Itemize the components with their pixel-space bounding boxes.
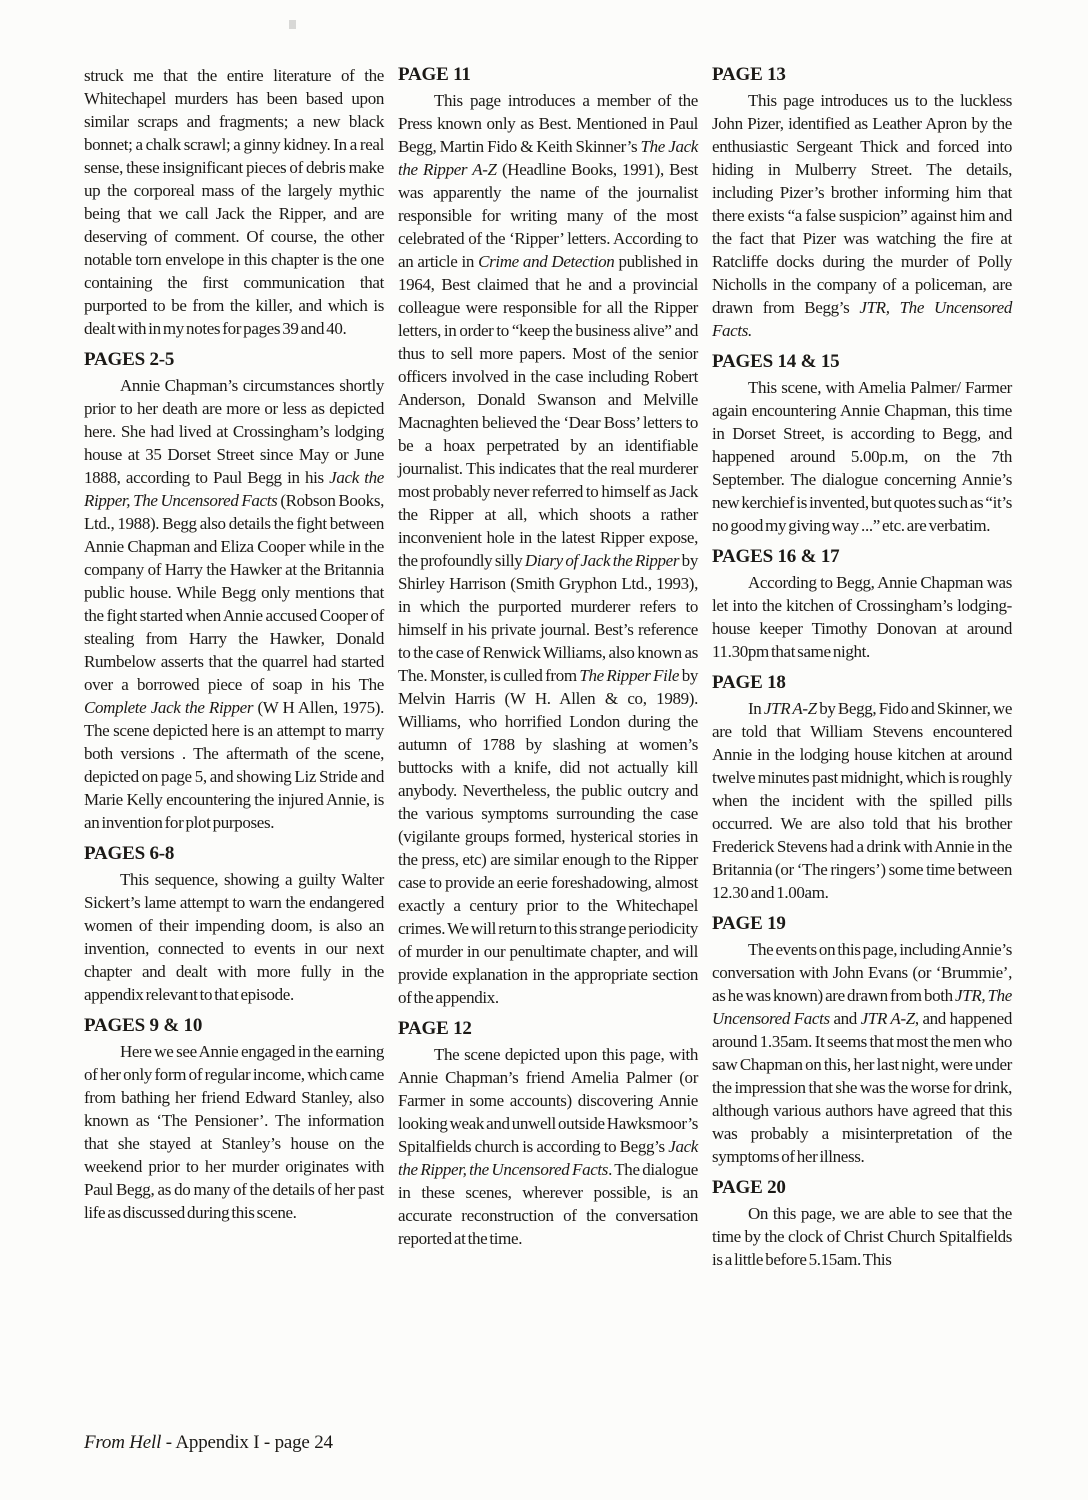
- text-run: This sequence, showing a guilty Walter S…: [84, 870, 384, 1004]
- text-run: published in 1964, Best claimed that he …: [398, 252, 698, 570]
- text-run: According to Begg, Annie Chapman was let…: [712, 573, 1012, 661]
- text-run: struck me that the entire literature of …: [84, 66, 384, 338]
- text-run: by Shirley Harrison (Smith Gryphon Ltd.,…: [398, 551, 698, 685]
- text-run: This page introduces us to the luckless …: [712, 91, 1012, 317]
- body-paragraph: According to Begg, Annie Chapman was let…: [712, 571, 1012, 663]
- text-run: (Robson Books, Ltd., 1988). Begg also de…: [84, 491, 384, 694]
- text-run: In: [748, 699, 764, 718]
- italic-book-title: Crime and Detection: [478, 252, 614, 271]
- column-1: struck me that the entire literature of …: [84, 64, 384, 1271]
- page-footer: From Hell - Appendix I - page 24: [84, 1432, 333, 1454]
- text-run: The scene depicted upon this page, with …: [398, 1045, 698, 1156]
- text-run: , and happened around 1.35am. It seems t…: [712, 1009, 1012, 1166]
- body-paragraph: Annie Chapman’s circumstances shortly pr…: [84, 374, 384, 834]
- body-paragraph: On this page, we are able to see that th…: [712, 1202, 1012, 1271]
- body-paragraph: This page introduces us to the luckless …: [712, 89, 1012, 342]
- text-run: (W H Allen, 1975). The scene depicted he…: [84, 698, 384, 832]
- text-run: Here we see Annie engaged in the earning…: [84, 1042, 384, 1222]
- italic-book-title: JTR A-Z: [764, 699, 817, 718]
- italic-book-title: Complete Jack the Ripper: [84, 698, 253, 717]
- section-heading: PAGES 16 & 17: [712, 546, 1012, 568]
- body-paragraph: This sequence, showing a guilty Walter S…: [84, 868, 384, 1006]
- text-run: by Melvin Harris (W H. Allen & co, 1989)…: [398, 666, 698, 1007]
- footer-book-title: From Hell: [84, 1432, 161, 1453]
- section-heading: PAGE 18: [712, 672, 1012, 694]
- body-paragraph: The events on this page, including Annie…: [712, 938, 1012, 1168]
- column-3: PAGE 13This page introduces us to the lu…: [712, 64, 1012, 1271]
- text-run: by Begg, Fido and Skinner, we are told t…: [712, 699, 1012, 902]
- body-paragraph: struck me that the entire literature of …: [84, 64, 384, 340]
- body-paragraph: The scene depicted upon this page, with …: [398, 1043, 698, 1250]
- column-2: PAGE 11This page introduces a member of …: [398, 64, 698, 1271]
- body-paragraph: In JTR A-Z by Begg, Fido and Skinner, we…: [712, 697, 1012, 904]
- text-columns: struck me that the entire literature of …: [84, 64, 1012, 1271]
- body-paragraph: Here we see Annie engaged in the earning…: [84, 1040, 384, 1224]
- section-heading: PAGES 14 & 15: [712, 351, 1012, 373]
- italic-book-title: Diary of Jack the Ripper: [525, 551, 679, 570]
- footer-page-label: - Appendix I - page 24: [161, 1432, 333, 1453]
- section-heading: PAGE 13: [712, 64, 1012, 86]
- italic-book-title: JTR A-Z: [861, 1009, 915, 1028]
- section-heading: PAGES 6-8: [84, 843, 384, 865]
- body-paragraph: This scene, with Amelia Palmer/ Farmer a…: [712, 376, 1012, 537]
- text-run: On this page, we are able to see that th…: [712, 1204, 1012, 1269]
- text-run: This scene, with Amelia Palmer/ Farmer a…: [712, 378, 1012, 535]
- section-heading: PAGE 20: [712, 1177, 1012, 1199]
- text-run: and: [830, 1009, 861, 1028]
- section-heading: PAGE 12: [398, 1018, 698, 1040]
- document-page: struck me that the entire literature of …: [0, 0, 1088, 1500]
- scan-speck-artifact: [289, 20, 296, 29]
- body-paragraph: This page introduces a member of the Pre…: [398, 89, 698, 1009]
- section-heading: PAGES 2-5: [84, 349, 384, 371]
- italic-book-title: The Ripper File: [579, 666, 679, 685]
- section-heading: PAGES 9 & 10: [84, 1015, 384, 1037]
- section-heading: PAGE 11: [398, 64, 698, 86]
- section-heading: PAGE 19: [712, 913, 1012, 935]
